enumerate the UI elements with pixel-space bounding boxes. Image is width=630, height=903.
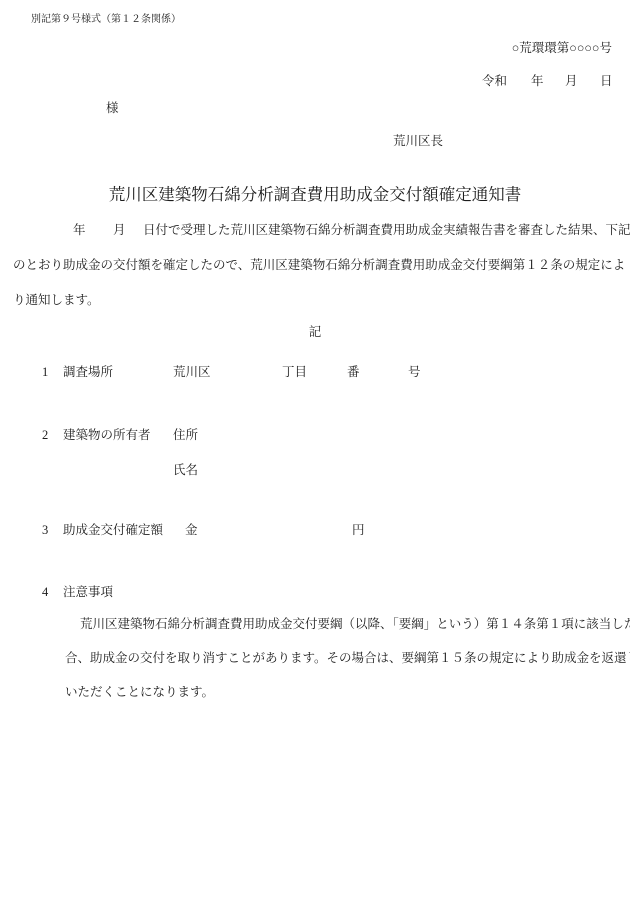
date-month-label: 月 [565,73,578,89]
item3-amount-prefix: 金 [185,522,198,538]
item1-label: 調査場所 [63,364,113,380]
body-line1-text: 日付で受理した荒川区建築物石綿分析調査費用助成金実績報告書を審査した結果、下記 [143,222,630,238]
date-year-label: 年 [531,73,544,89]
body-line-3: り通知します。 [13,292,100,308]
item-building-owner: 2 建築物の所有者 住所 [0,427,630,443]
note-line-3: いただくことになります。 [65,684,214,700]
date-era-label: 令和 [482,73,507,89]
sender-mayor: 荒川区長 [393,133,443,149]
item2-number: 2 [42,427,48,443]
item-cautions: 4 注意事項 [0,584,630,600]
item2-label: 建築物の所有者 [63,427,151,443]
body-year-blank: 年 [73,222,86,238]
item1-chome-label: 丁目 [282,364,307,380]
item4-label: 注意事項 [63,584,113,600]
record-marker: 記 [0,324,630,340]
document-number: ○荒環環第○○○○号 [512,40,612,56]
item1-number: 1 [42,364,48,380]
item3-label: 助成金交付確定額 [63,522,163,538]
item-grant-amount: 3 助成金交付確定額 金 円 [0,522,630,538]
item2-address-label: 住所 [173,427,198,443]
date-line: 令和 年 月 日 [0,73,630,89]
body-line-2: のとおり助成金の交付額を確定したので、荒川区建築物石綿分析調査費用助成金交付要綱… [13,257,625,273]
form-style-note: 別記第９号様式（第１２条関係） [31,12,181,27]
item1-go-label: 号 [408,364,421,380]
body-month-blank: 月 [113,222,126,238]
item-survey-location: 1 調査場所 荒川区 丁目 番 号 [0,364,630,380]
note-line-1: 荒川区建築物石綿分析調査費用助成金交付要綱（以降、「要綱」という）第１４条第１項… [80,616,630,632]
document-title: 荒川区建築物石綿分析調査費用助成金交付額確定通知書 [0,184,630,205]
recipient-suffix: 様 [106,100,119,116]
item4-number: 4 [42,584,48,600]
item3-number: 3 [42,522,48,538]
item1-ward-label: 荒川区 [173,364,211,380]
item2-name-label: 氏名 [173,462,198,478]
date-day-label: 日 [600,73,613,89]
item3-amount-suffix: 円 [352,522,365,538]
item-building-owner-name: 氏名 [0,462,630,478]
body-line-1: 年 月 日付で受理した荒川区建築物石綿分析調査費用助成金実績報告書を審査した結果… [0,222,630,238]
item1-ban-label: 番 [347,364,360,380]
document-page: 別記第９号様式（第１２条関係） ○荒環環第○○○○号 令和 年 月 日 様 荒川… [0,0,630,903]
note-line-2: 合、助成金の交付を取り消すことがあります。その場合は、要綱第１５条の規定により助… [65,650,630,666]
